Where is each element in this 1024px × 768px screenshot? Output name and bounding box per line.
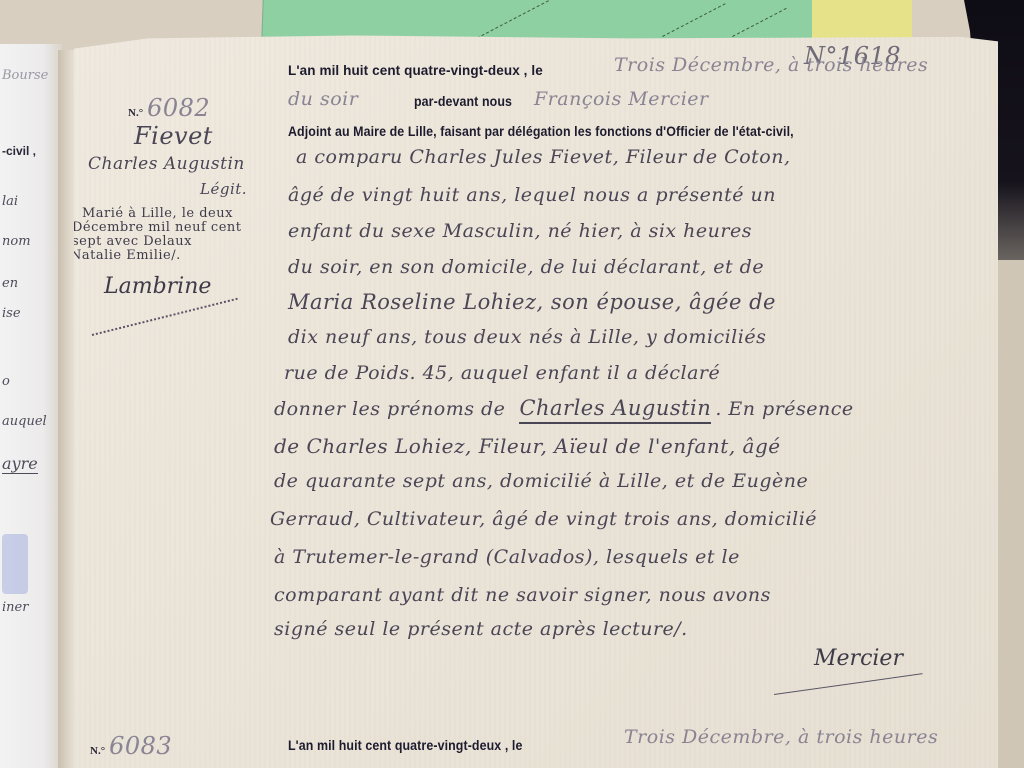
- left-page-text: nom: [2, 234, 31, 249]
- act-line: a comparu Charles Jules Fievet, Fileur d…: [296, 146, 790, 168]
- act-line-3-printed: Adjoint au Maire de Lille, faisant par d…: [288, 124, 794, 139]
- act-date-handwritten: Trois Décembre, à trois heures: [614, 54, 928, 76]
- left-page-text: lai: [2, 194, 18, 209]
- left-page-text: ayre: [2, 454, 38, 474]
- act-line-2-printed: par-devant nous: [414, 94, 512, 109]
- marriage-note-line: Marié à Lille, le deux: [82, 206, 233, 221]
- left-facing-page: Bourse -civil , lai nom en ise o auquel …: [0, 44, 62, 768]
- margin-signature: Lambrine: [104, 274, 211, 299]
- act-line: comparant ayant dit ne savoir signer, no…: [274, 584, 771, 606]
- left-page-text: auquel: [2, 414, 47, 429]
- next-act-date-handwritten: Trois Décembre, à trois heures: [624, 726, 938, 748]
- margin-given-names: Charles Augustin: [88, 154, 245, 174]
- marriage-note-line: sept avec Delaux: [72, 234, 192, 249]
- act-line: de Charles Lohiez, Fileur, Aïeul de l'en…: [274, 434, 781, 458]
- entry-number-6083: N.° 6083: [90, 732, 172, 760]
- signature-flourish: [92, 298, 238, 336]
- given-names-underlined: Charles Augustin: [519, 396, 711, 424]
- act-line: dix neuf ans, tous deux nés à Lille, y d…: [288, 326, 766, 348]
- blue-stamp: [2, 534, 28, 594]
- act-line: Maria Roseline Lohiez, son épouse, âgée …: [288, 290, 776, 314]
- left-page-text: ise: [2, 306, 21, 321]
- act-line: âgé de vingt huit ans, lequel nous a pré…: [288, 184, 776, 206]
- marriage-note-line: Décembre mil neuf cent: [72, 220, 242, 235]
- act-line: du soir, en son domicile, de lui déclara…: [288, 256, 764, 278]
- margin-surname: Fievet: [134, 122, 213, 150]
- officer-name: François Mercier: [534, 88, 709, 110]
- act-line: de quarante sept ans, domicilié à Lille,…: [274, 470, 808, 492]
- officer-signature: Mercier: [814, 646, 903, 671]
- act-line: à Trutemer-le-grand (Calvados), lesquels…: [274, 546, 740, 568]
- margin-status: Légit.: [200, 180, 247, 198]
- act-line-names: donner les prénoms de Charles Augustin .…: [274, 396, 854, 420]
- marriage-note-line: Natalie Emilie/.: [70, 248, 181, 263]
- act-line: Gerraud, Cultivateur, âgé de vingt trois…: [270, 508, 817, 530]
- act-line: signé seul le présent acte après lecture…: [274, 618, 688, 640]
- act-time-handwritten: du soir: [288, 88, 358, 110]
- left-page-text: iner: [2, 600, 28, 615]
- signature-flourish: [774, 673, 923, 695]
- left-page-text: -civil ,: [2, 144, 36, 158]
- act-line: rue de Poids. 45, auquel enfant il a déc…: [284, 362, 720, 384]
- left-page-text: o: [2, 374, 10, 389]
- act-line: enfant du sexe Masculin, né hier, à six …: [288, 220, 752, 242]
- register-page: N.° 6082 Fievet Charles Augustin Légit. …: [74, 34, 998, 768]
- yellow-paper-sheet: [812, 0, 912, 40]
- act-line-1: L'an mil huit cent quatre-vingt-deux , l…: [288, 62, 543, 80]
- left-page-text: Bourse: [2, 68, 48, 83]
- left-page-text: en: [2, 276, 18, 291]
- next-act-line-printed: L'an mil huit cent quatre-vingt-deux , l…: [288, 738, 522, 753]
- entry-number-6082: N.° 6082: [128, 94, 210, 122]
